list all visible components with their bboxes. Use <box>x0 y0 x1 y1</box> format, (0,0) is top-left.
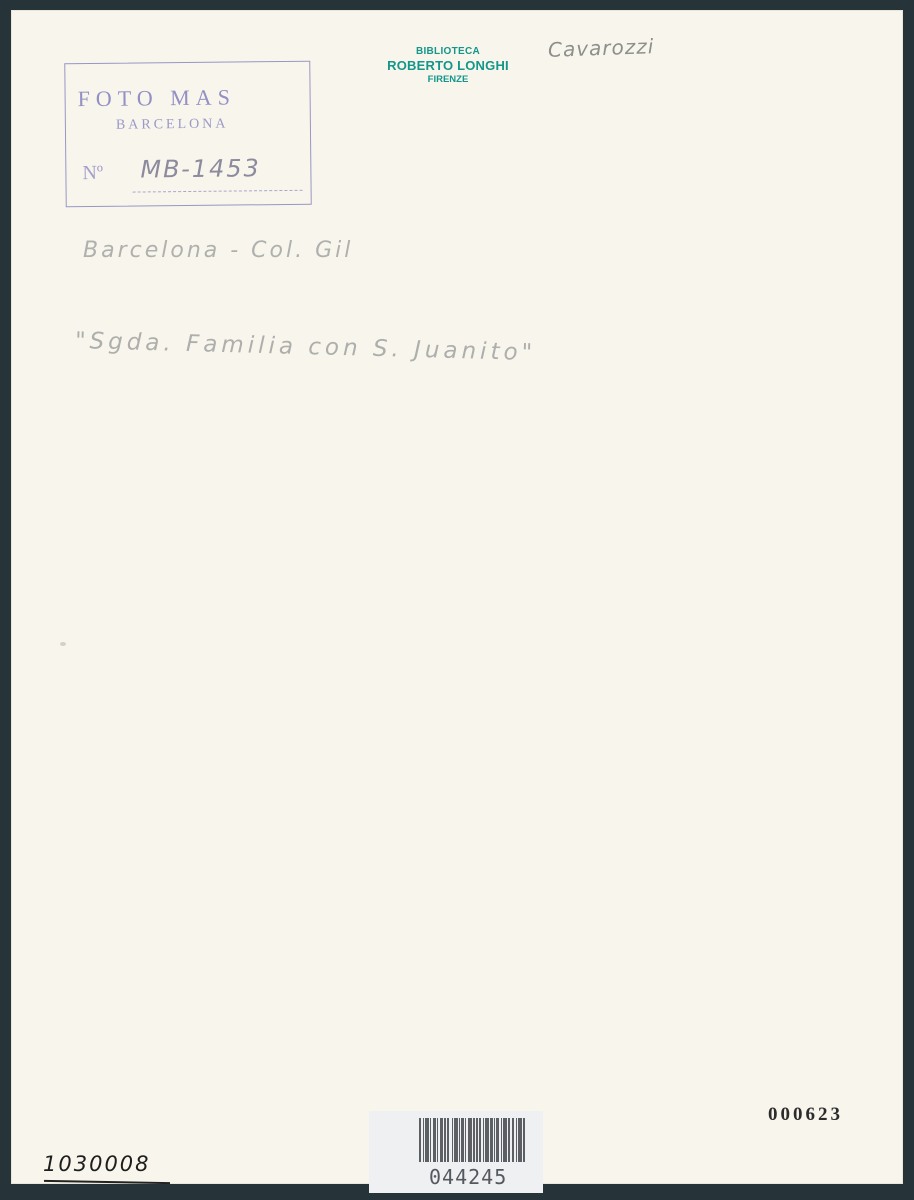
barcode-icon <box>419 1118 527 1162</box>
handwritten-title: "Sgda. Familia con S. Juanito" <box>75 328 537 366</box>
barcode-label: 044245 <box>369 1111 543 1193</box>
biblioteca-label: BIBLIOTECA <box>373 46 523 58</box>
barcode-digits: 044245 <box>429 1165 507 1189</box>
handwritten-reference-number: 1030008 <box>43 1152 151 1176</box>
foto-mas-stamp: FOTO MAS BARCELONA Nº MB-1453 <box>64 61 311 208</box>
foto-mas-city: BARCELONA <box>116 117 229 134</box>
paper-smudge <box>60 642 66 646</box>
foto-mas-number: MB-1453 <box>140 154 261 183</box>
inventory-number: 000623 <box>768 1104 843 1126</box>
biblioteca-city: FIRENZE <box>373 74 523 86</box>
foto-mas-number-underline <box>133 190 303 193</box>
biblioteca-longhi-stamp: BIBLIOTECA ROBERTO LONGHI FIRENZE <box>373 46 523 86</box>
handwritten-location: Barcelona - Col. Gil <box>83 238 353 263</box>
biblioteca-name: ROBERTO LONGHI <box>373 58 523 74</box>
reference-underline <box>44 1180 170 1184</box>
foto-mas-title: FOTO MAS <box>77 84 236 112</box>
handwritten-artist: Cavarozzi <box>548 34 655 62</box>
photo-verso-paper: FOTO MAS BARCELONA Nº MB-1453 BIBLIOTECA… <box>11 10 903 1184</box>
foto-mas-number-prefix: Nº <box>82 162 103 185</box>
